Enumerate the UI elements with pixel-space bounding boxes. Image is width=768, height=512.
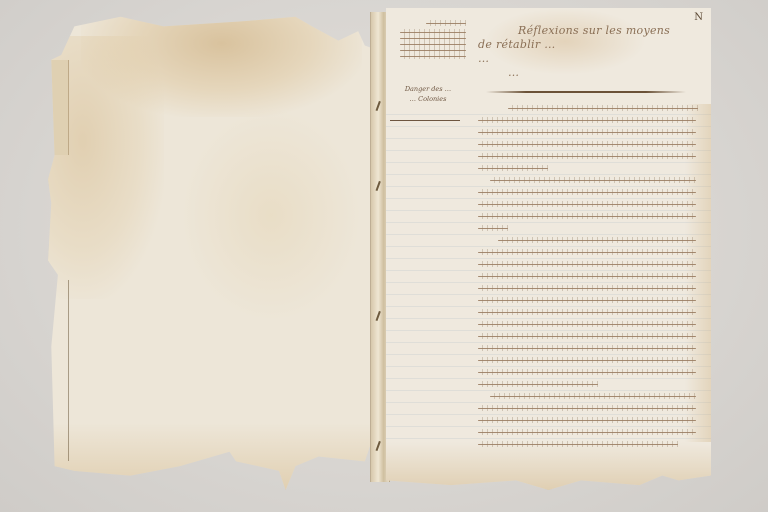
title-line: Réflexions sur les moyens (478, 24, 703, 38)
binding-thread (376, 441, 387, 453)
margin-rule (390, 120, 460, 121)
manuscript-title: Réflexions sur les moyens de rétablir … … (478, 24, 703, 80)
margin-heading-line: Danger des … (388, 84, 468, 94)
binding-thread (376, 311, 387, 323)
title-line: … (478, 52, 703, 66)
manuscript-body (478, 103, 700, 451)
binding-thread (376, 101, 387, 113)
page-corner-mark: N (694, 12, 703, 23)
right-page-manuscript: N Danger des … … Colonies Réflexions sur… (386, 8, 711, 490)
title-line: … (478, 66, 703, 80)
title-underline (486, 91, 686, 93)
water-stain (180, 108, 362, 323)
margin-heading: Danger des … … Colonies (388, 84, 468, 104)
title-line: de rétablir … (478, 38, 703, 52)
binding-thread (376, 181, 387, 193)
margin-heading-line: … Colonies (388, 94, 468, 104)
margin-annotation (396, 18, 468, 60)
left-page-blank (48, 12, 378, 490)
